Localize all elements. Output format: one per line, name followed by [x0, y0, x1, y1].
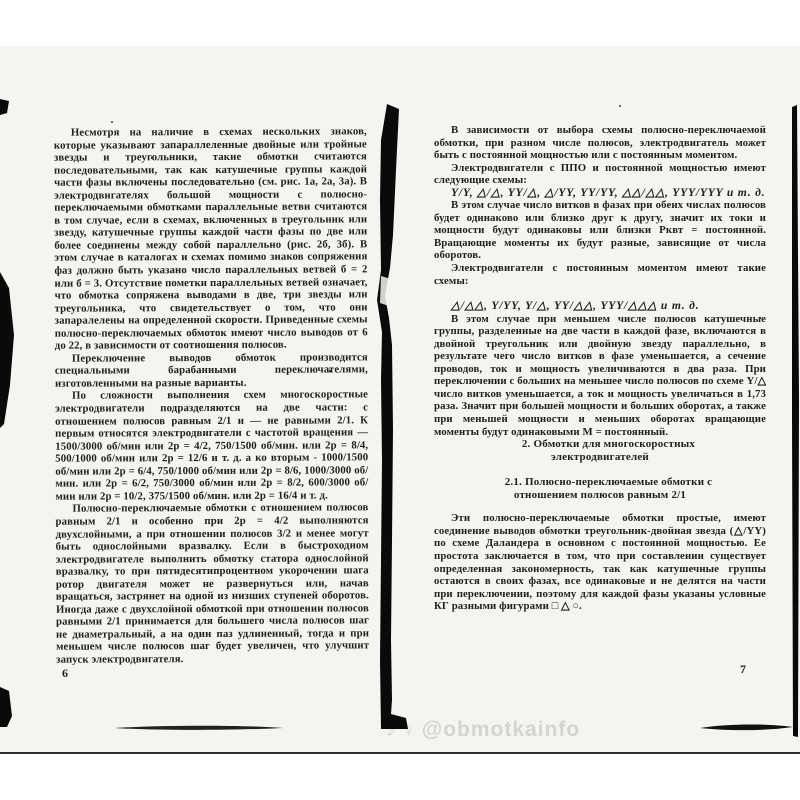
winding-schemes-constant-torque: △/△△, Y/YY, Y/△, YY/△△, YYY/△△△ и т. д.: [434, 300, 766, 313]
page-paragraph: Несмотря на наличие в схемах нескольких …: [54, 125, 368, 352]
page-paragraph: Электродвигатели с постоянным моментом и…: [434, 262, 766, 287]
page-number-right: 7: [740, 662, 746, 677]
page-paragraph: Переключение выводов обмоток производитс…: [55, 351, 368, 390]
tiktok-icon: ♪: [386, 720, 397, 741]
page-paragraph: В зависимости от выбора схемы полюсно-пе…: [434, 124, 766, 162]
left-page: Несмотря на наличие в схемах нескольких …: [54, 125, 369, 666]
page-paragraph: В этом случае при меньшем числе полюсов …: [434, 313, 766, 438]
photo-bottom-rule: [0, 752, 800, 754]
profile-icon: ♀: [402, 720, 417, 741]
page-paragraph: Эти полюсно-переключаемые обмотки просты…: [434, 512, 766, 612]
page-number-left: 6: [62, 666, 68, 681]
right-page: В зависимости от выбора схемы полюсно-пе…: [434, 124, 766, 613]
page-paragraph: В этом случае число витков в фазах при о…: [434, 199, 766, 262]
page-paragraph: Электродвигатели с ППО и постоянной мощн…: [434, 162, 766, 187]
section-heading: 2. Обмотки для многоскоростных электродв…: [434, 438, 766, 463]
winding-schemes-constant-power: Y/Y, △/△, YY/△, △/YY, YY/YY, △△/△△, YYY/…: [434, 187, 766, 200]
page-paragraph: По сложности выполнения схем многоскорос…: [55, 389, 368, 503]
scanned-book-photo: Несмотря на наличие в схемах нескольких …: [0, 0, 800, 800]
page-paragraph: Полюсно-переключаемые обмотки с отношени…: [55, 502, 369, 666]
watermark-handle: @obmotkainfo: [422, 718, 580, 741]
watermark: ♪♀@obmotkainfo: [386, 718, 580, 742]
book-spread: Несмотря на наличие в схемах нескольких …: [0, 46, 800, 754]
subsection-heading: 2.1. Полюсно-переключаемые обмотки с отн…: [434, 476, 766, 501]
